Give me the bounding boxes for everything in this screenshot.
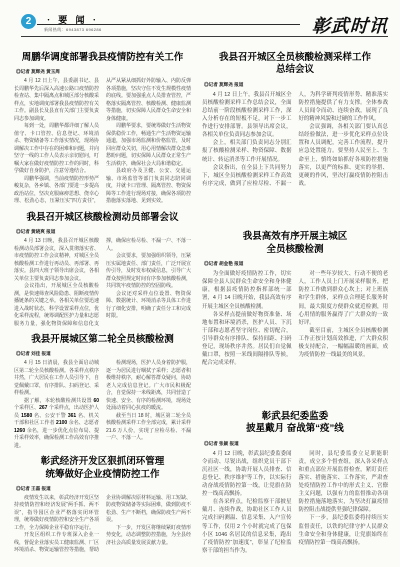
body-paragraph: 4 月 15 日清晨，我县全面启动城区第二轮全员核酸检测。各采样点秩序井然，广大…	[14, 360, 99, 398]
article-epidemic-dispatch: 周鹏华调度部署我县疫情防控有关工作 ◎记者 莫辉尧 黄玉周 4 月 12 日上午…	[14, 50, 191, 206]
headline-line: 披星戴月 奋战第“疫”线	[202, 423, 388, 435]
headline: 周鹏华调度部署我县疫情防控有关工作	[14, 52, 191, 64]
newspaper-page: 2 · 要 闻 · 新闻热线：6943873 696286 彰武时讯 周鹏华调度…	[0, 0, 400, 567]
headline-line: 周鹏华调度部署我县疫情防控有关工作	[14, 52, 191, 64]
body-paragraph: 各采样点提前做好物资准备、场地布置和环境消杀，医护人员、下沉干部和志愿者坚守岗位…	[202, 311, 292, 368]
headline-line: 总结会议	[202, 64, 388, 76]
headline-line: 全员核酸检测	[202, 244, 388, 256]
article-mobilization-meeting: 我县召开城区核酸检测动员部署会议 ◎记者 黄晓爽 报道 4 月 13 日晚，我县…	[14, 210, 191, 328]
body-paragraph: 下一步，县纪委监委将持续压实监督责任，以铁的纪律守护人民群众生命安全和身体健康，…	[299, 514, 389, 546]
article-discipline-commission: 彰武县纪委监委 披星戴月 奋战第“疫”线 ◎记者 张颖 报道 4 月 12 日晚…	[202, 409, 388, 555]
headline: 我县高效有序开展主城区 全员核酸检测	[202, 231, 388, 256]
hotline-text: 新闻热线：6943873 696286	[44, 27, 102, 33]
body-paragraph: 4 月 13 日晚，我县召开城区核酸检测动员部署会议，深入贯彻落实省、市疫情防控…	[14, 238, 99, 283]
body-paragraph: 同时，县纪委监委立足职能职责，成立多个督查组，深入各采样点和重点部位开展监督检查…	[299, 450, 389, 515]
headline-line: 我县召开城区核酸检测动员部署会议	[14, 212, 191, 224]
page-header: 2 · 要 闻 · 新闻热线：6943873 696286 彰武时讯	[14, 12, 388, 44]
body-paragraph: 据了解，本轮核酸检测共设置 60 个采样区、267 个采样点，出动医护人员 15…	[14, 398, 99, 451]
left-column: 周鹏华调度部署我县疫情防控有关工作 ◎记者 莫辉尧 黄玉周 4 月 12 日上午…	[14, 50, 191, 555]
body-paragraph: 4 月 12 日上午，县委副书记、县长周鹏华先后深入高速公路口疫情防控检查站、集…	[14, 78, 99, 123]
right-column: 我县召开城区全员核酸检测采样工作 总结会议 ◎记者 莫辉尧 报道 4 月 12 …	[202, 50, 388, 555]
byline: ◎记者 莫辉尧 黄玉周	[16, 69, 191, 75]
body-paragraph: 周鹏华要求，要统筹做好生活物资保供稳价工作，畅通生产生活物资运输通道，加强市场监…	[106, 123, 191, 168]
body-paragraph: 会议还对采样点位设置、物资保障、数据统计、环境消杀等具体工作进行了细化安排，明确…	[106, 291, 191, 321]
body-paragraph: 会议要求，要加强组织领导，压紧压实属地责任、部门责任，广泛开展宣传引导，及时发布…	[106, 253, 191, 291]
headline: 彰武经济开发区狠抓闭环管理 统筹做好企业疫情防控工作	[14, 456, 191, 481]
page-number-badge: 2	[21, 14, 36, 29]
byline: ◎记者 张颖 报道	[204, 441, 388, 447]
article-body: 4 月 12 日晚，彰武县纪委监委闻令而动、尽锐出战，组织党员干部下沉社区一线，…	[202, 450, 388, 555]
page-columns: 周鹏华调度部署我县疫情防控有关工作 ◎记者 莫辉尧 黄玉周 4 月 12 日上午…	[14, 50, 388, 555]
article-dev-zone-management: 彰武经济开发区狠抓闭环管理 统筹做好企业疫情防控工作 ◎记者 王磊 报道 疫情发…	[14, 454, 191, 555]
headline-line: 彰武经济开发区狠抓闭环管理	[14, 456, 191, 468]
article-second-round-testing: 我县开展城区第二轮全员核酸检测 ◎记者 刘佳 报道 4 月 15 日清晨，我县全…	[14, 332, 191, 450]
byline: ◎记者 胡金艳 报道	[204, 261, 388, 267]
body-paragraph: 会上，相关部门负责同志分别汇报了核酸检测采样、物资保障、数据统计、转运消杀等工作…	[202, 139, 292, 163]
article-body: 4 月 15 日清晨，我县全面启动城区第二轮全员核酸检测。各采样点秩序井然，广大…	[14, 360, 191, 450]
body-paragraph: 会议强调，各相关部门要认真总结经验做法，进一步优化采样点位设置和人员调配，完善工…	[299, 123, 389, 188]
body-paragraph: 下一步，开发区将继续紧盯疫情形势变化，动态调整防控措施，为全县经济社会高质量发展…	[106, 525, 191, 548]
article-body: 疫情发生以来，彰武经济开发区坚持疫情防控和经济发展“两手抓、两不误”，指导园区企…	[14, 495, 191, 555]
body-paragraph: 对一些年岁较大、行动不便的老人，工作人员上门开展采样服务，把防控工作做到群众心坎…	[299, 270, 389, 327]
headline-line: 我县开展城区第二轮全员核酸检测	[14, 334, 191, 346]
byline: ◎记者 莫辉尧 报道	[204, 82, 388, 88]
headline-line: 我县召开城区全员核酸检测采样工作	[202, 52, 388, 64]
article-main-city-testing: 我县高效有序开展主城区 全员核酸检测 ◎记者 胡金艳 报道 为全面做好疫情防控工…	[202, 229, 388, 367]
article-body: 为全面做好疫情防控工作，切实保障全县人民群众生命安全和身体健康，根据县疫情防控指…	[202, 270, 388, 367]
byline: ◎记者 刘佳 报道	[16, 351, 191, 357]
body-paragraph: 4 月 12 日晚，彰武县纪委监委闻令而动、尽锐出战，组织党员干部下沉社区一线，…	[202, 450, 292, 499]
body-paragraph: 截至当日 18 时，城区第二轮全员核酸检测采样工作全部完成，累计采样 21.6 …	[106, 413, 191, 443]
body-paragraph: 4 月 12 日上午，我县召开城区全员核酸检测采样工作总结会议，全面总结前一阶段…	[202, 91, 292, 140]
article-body: 4 月 13 日晚，我县召开城区核酸检测动员部署会议，深入贯彻落实省、市疫情防控…	[14, 238, 191, 328]
headline-line: 我县高效有序开展主城区	[202, 231, 388, 243]
headline-line: 彰武县纪委监委	[202, 411, 388, 423]
body-paragraph: 每到一处，周鹏华都详细了解人员值守、卡口管控、信息登记、环境消杀、物资储备等工作…	[14, 123, 99, 176]
byline: ◎记者 王磊 报道	[16, 486, 191, 492]
article-sampling-summary-meeting: 我县召开城区全员核酸检测采样工作 总结会议 ◎记者 莫辉尧 报道 4 月 12 …	[202, 50, 388, 188]
body-paragraph: 县政府办及卫健、公安、交通运输、市场监管等部门负责同志陪同调度，并就卡口管理、隔…	[106, 168, 191, 206]
body-paragraph: 检测现场，医护人员身着防护服，逐一为居民进行咽拭子采样；志愿者积极维持秩序，耐心…	[106, 360, 191, 413]
headline: 我县召开城区全员核酸检测采样工作 总结会议	[202, 52, 388, 77]
body-paragraph: 疫情发生以来，彰武经济开发区坚持疫情防控和经济发展“两手抓、两不误”，指导园区企…	[14, 495, 99, 533]
headline-line: 统筹做好企业疫情防控工作	[14, 469, 191, 481]
headline: 我县召开城区核酸检测动员部署会议	[14, 212, 191, 224]
article-body: 4 月 12 日上午，我县召开城区全员核酸检测采样工作总结会议，全面总结前一阶段…	[202, 91, 388, 188]
body-paragraph: 为全面做好疫情防控工作，切实保障全县人民群众生命安全和身体健康，根据县疫情防控指…	[202, 270, 292, 311]
headline: 我县开展城区第二轮全员核酸检测	[14, 334, 191, 346]
byline: ◎记者 黄晓爽 报道	[16, 229, 191, 235]
header-rule-top	[37, 24, 300, 25]
article-body: 4 月 12 日上午，县委副书记、县长周鹏华先后深入高速公路口疫情防控检查站、集…	[14, 78, 191, 206]
body-paragraph: 在各采样点，纪检监察干部披星戴月、连续作战，协助社区工作人员完成扫码测温、信息采…	[202, 498, 292, 555]
headline: 彰武县纪委监委 披星戴月 奋战第“疫”线	[202, 411, 388, 436]
masthead-logo: 彰武时讯	[311, 12, 388, 38]
body-paragraph: 截至目前，主城区全员核酸检测工作正按计划高效推进，广大群众积极支持配合，一幅幅温…	[299, 327, 389, 359]
